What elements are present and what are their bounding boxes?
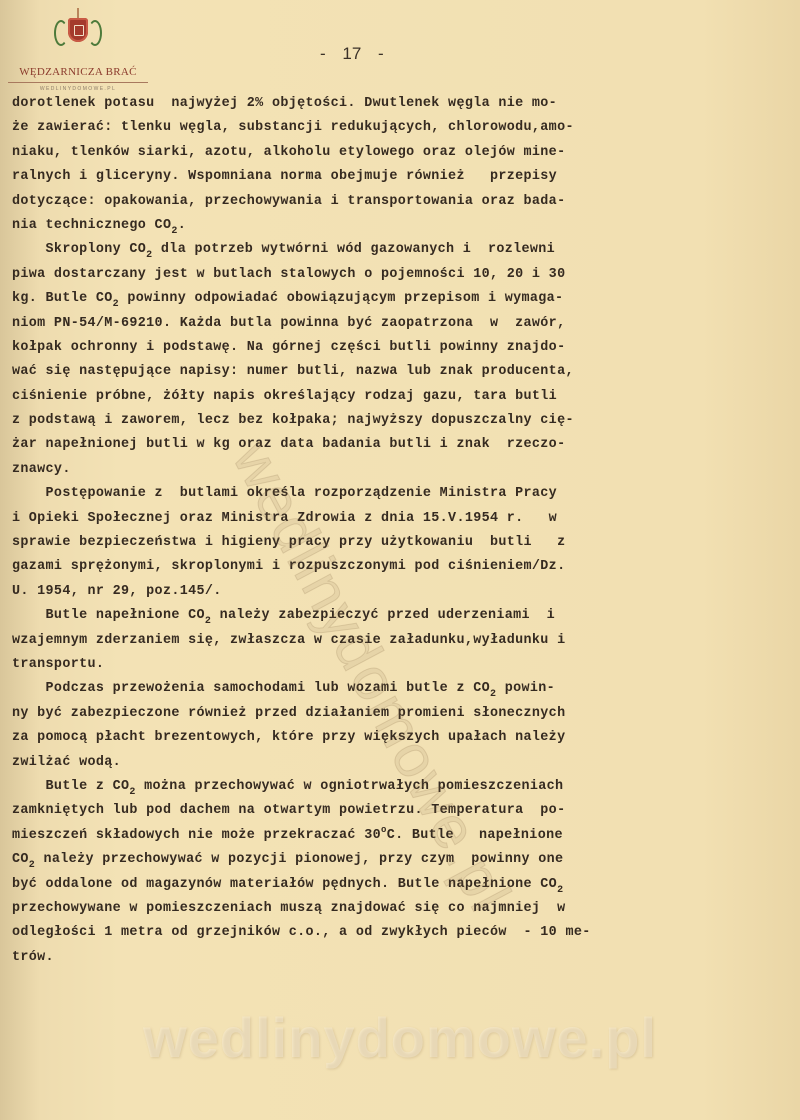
text-line: nia technicznego CO2. — [12, 214, 712, 238]
text-line: gazami sprężonymi, skroplonymi i rozpusz… — [12, 555, 712, 579]
text-line: Butle z CO2 można przechowywać w ogniotr… — [12, 775, 712, 799]
text-line: przechowywane w pomieszczeniach muszą zn… — [12, 897, 712, 921]
text-line: wzajemnym zderzaniem się, zwłaszcza w cz… — [12, 629, 712, 653]
text-line: żar napełnionej butli w kg oraz data bad… — [12, 433, 712, 457]
brand-name: WĘDZARNICZA BRAĆ — [8, 66, 148, 78]
bottom-watermark: wedlinydomowe.pl — [0, 1005, 800, 1070]
text-line: trów. — [12, 946, 712, 970]
site-logo[interactable]: WĘDZARNICZA BRAĆ WEDLINYDOMOWE.PL — [8, 8, 148, 92]
document-body: dorotlenek potasu najwyżej 2% objętości.… — [12, 92, 712, 970]
text-line: mieszczeń składowych nie może przekracza… — [12, 824, 712, 848]
crest-icon — [48, 8, 108, 56]
text-line: zamkniętych lub pod dachem na otwartym p… — [12, 799, 712, 823]
text-line: Skroplony CO2 dla potrzeb wytwórni wód g… — [12, 238, 712, 262]
text-line: że zawierać: tlenku węgla, substancji re… — [12, 116, 712, 140]
text-line: niaku, tlenków siarki, azotu, alkoholu e… — [12, 141, 712, 165]
text-line: sprawie bezpieczeństwa i higieny pracy p… — [12, 531, 712, 555]
text-line: CO2 należy przechowywać w pozycji pionow… — [12, 848, 712, 872]
text-line: U. 1954, nr 29, poz.145/. — [12, 580, 712, 604]
text-line: za pomocą płacht brezentowych, które prz… — [12, 726, 712, 750]
text-line: odległości 1 metra od grzejników c.o., a… — [12, 921, 712, 945]
text-line: Postępowanie z butlami określa rozporząd… — [12, 482, 712, 506]
text-line: znawcy. — [12, 458, 712, 482]
logo-divider — [8, 82, 148, 83]
text-line: Podczas przewożenia samochodami lub woza… — [12, 677, 712, 701]
text-line: ciśnienie próbne, żółty napis określając… — [12, 385, 712, 409]
text-line: dotyczące: opakowania, przechowywania i … — [12, 190, 712, 214]
text-line: wać się następujące napisy: numer butli,… — [12, 360, 712, 384]
text-line: dorotlenek potasu najwyżej 2% objętości.… — [12, 92, 712, 116]
text-line: kołpak ochronny i podstawę. Na górnej cz… — [12, 336, 712, 360]
text-line: niom PN-54/M-69210. Każda butla powinna … — [12, 312, 712, 336]
text-line: ny być zabezpieczone również przed dział… — [12, 702, 712, 726]
text-line: transportu. — [12, 653, 712, 677]
text-line: Butle napełnione CO2 należy zabezpieczyć… — [12, 604, 712, 628]
text-line: i Opieki Społecznej oraz Ministra Zdrowi… — [12, 507, 712, 531]
text-line: być oddalone od magazynów materiałów pęd… — [12, 873, 712, 897]
text-line: z podstawą i zaworem, lecz bez kołpaka; … — [12, 409, 712, 433]
text-line: zwilżać wodą. — [12, 751, 712, 775]
page-number: - 17 - — [320, 44, 384, 64]
text-line: kg. Butle CO2 powinny odpowiadać obowiąz… — [12, 287, 712, 311]
text-line: piwa dostarczany jest w butlach stalowyc… — [12, 263, 712, 287]
text-line: ralnych i gliceryny. Wspomniana norma ob… — [12, 165, 712, 189]
